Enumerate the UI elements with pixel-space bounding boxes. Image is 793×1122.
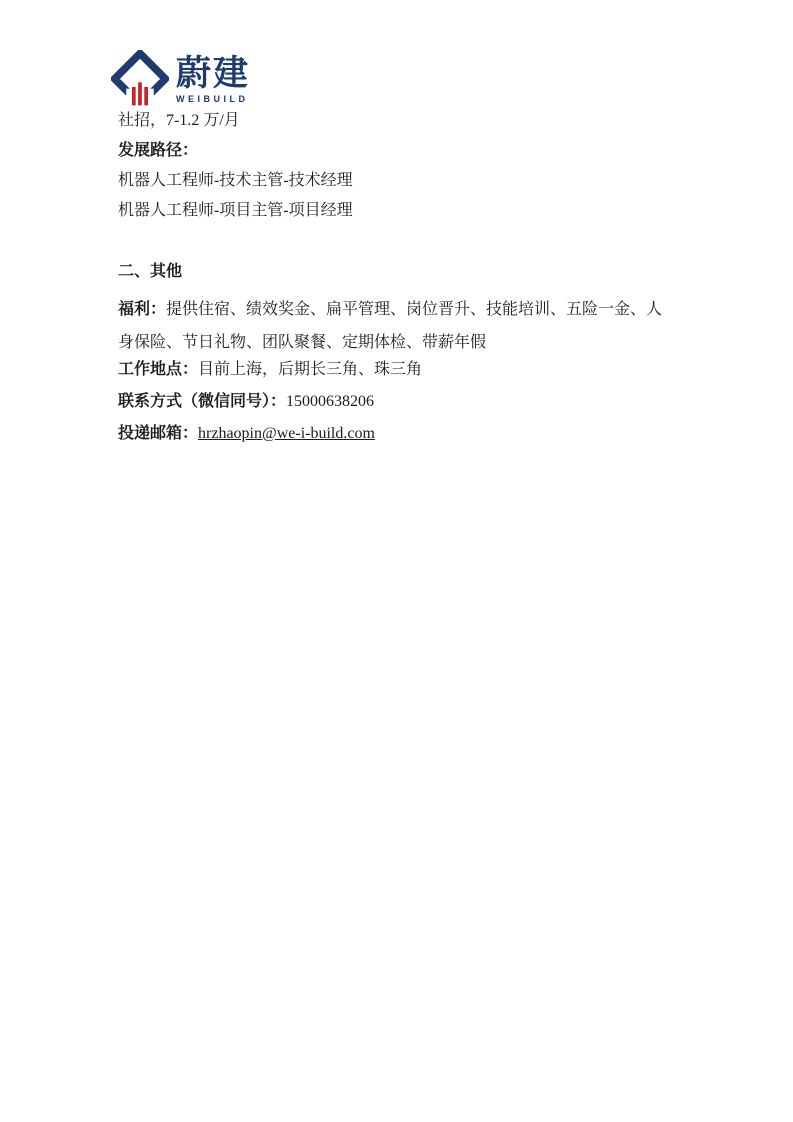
contact-phone: 15000638206: [286, 393, 374, 410]
company-logo: 蔚建 WEIBUILD: [111, 50, 250, 110]
benefits-label: 福利：: [118, 301, 166, 318]
development-path-heading: 发展路径：: [118, 140, 678, 161]
weibuild-diamond-icon: [111, 50, 169, 110]
email-label: 投递邮箱：: [118, 425, 198, 442]
work-location-line: 工作地点：目前上海，后期长三角、珠三角: [118, 359, 678, 380]
section-heading-other: 二、其他: [118, 261, 678, 282]
document-page: 蔚建 WEIBUILD 社招，7-1.2 万/月 发展路径： 机器人工程师-技术…: [0, 0, 793, 1122]
logo-brand-chinese: 蔚建: [176, 54, 250, 93]
logo-brand-english: WEIBUILD: [176, 94, 250, 104]
work-location-text: 目前上海，后期长三角、珠三角: [198, 361, 422, 378]
development-path-item-2: 机器人工程师-项目主管-项目经理: [118, 200, 678, 221]
benefits-line: 福利：提供住宿、绩效奖金、扁平管理、岗位晋升、技能培训、五险一金、人身保险、节日…: [118, 293, 676, 359]
contact-label: 联系方式（微信同号）：: [118, 393, 286, 410]
email-link[interactable]: hrzhaopin@we-i-build.com: [198, 425, 375, 442]
work-location-label: 工作地点：: [118, 361, 198, 378]
email-line: 投递邮箱：hrzhaopin@we-i-build.com: [118, 423, 678, 444]
logo-text-block: 蔚建 WEIBUILD: [176, 50, 250, 104]
salary-line: 社招，7-1.2 万/月: [118, 110, 678, 131]
benefits-text: 提供住宿、绩效奖金、扁平管理、岗位晋升、技能培训、五险一金、人身保险、节日礼物、…: [118, 301, 662, 351]
contact-line: 联系方式（微信同号）：15000638206: [118, 391, 678, 412]
development-path-item-1: 机器人工程师-技术主管-技术经理: [118, 170, 678, 191]
